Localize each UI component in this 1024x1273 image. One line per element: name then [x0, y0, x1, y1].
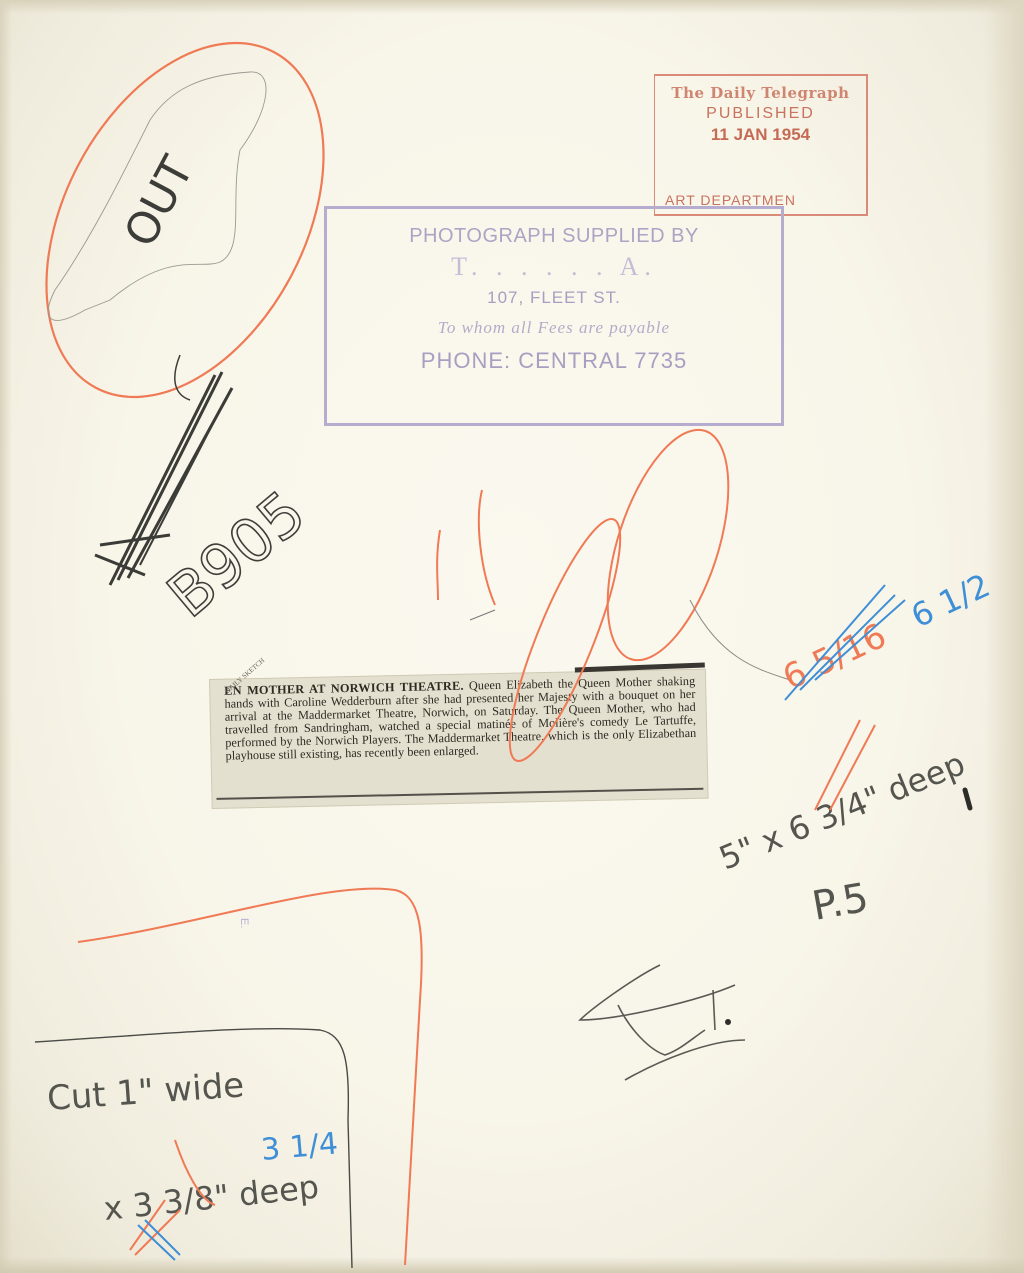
- size-pencil-note: 5" x 6 3/4" deep: [714, 744, 970, 877]
- supplier-heading: PHOTOGRAPH SUPPLIED BY: [327, 225, 781, 248]
- initials-signature: [580, 965, 745, 1080]
- red-crop-corner: [78, 889, 422, 1265]
- stamp-masthead: The Daily Telegraph: [655, 84, 866, 102]
- supplier-fees-note: To whom all Fees are payable: [327, 318, 781, 338]
- crop-blue-size: 3 1/4: [260, 1126, 340, 1168]
- supplier-address: 107, FLEET ST.: [327, 288, 781, 308]
- paper-edge-right: [984, 0, 1024, 1273]
- photograph-supplier-stamp: PHOTOGRAPH SUPPLIED BY T. . . . . . A. 1…: [324, 206, 784, 426]
- size-top-red: 6 5/16: [777, 616, 893, 698]
- reference-number: B905: [155, 478, 319, 632]
- stamp-date: 11 JAN 1954: [655, 125, 866, 145]
- crop-note: Cut 1" wide: [46, 1065, 246, 1119]
- size-top-blue: 6 1/2: [905, 566, 995, 635]
- pencil-page-note: P.5: [809, 875, 872, 930]
- supplier-phone: PHONE: CENTRAL 7735: [327, 348, 781, 374]
- scribbled-out-number: [95, 355, 232, 585]
- handwritten-annotations: OUT B905 6 5/16 6 1/2 5" x 6 3/4" deep P…: [0, 0, 1024, 1273]
- supplier-name: T. . . . . . A.: [327, 252, 781, 282]
- newspaper-clipping: DAILY SKETCH EN MOTHER AT NORWICH THEATR…: [210, 670, 708, 808]
- crop-size-note: x 3 3/8" deep: [102, 1168, 321, 1228]
- paper-edge-left: [0, 0, 12, 1273]
- photo-back-page: The Daily Telegraph PUBLISHED 11 JAN 195…: [0, 0, 1024, 1273]
- stamp-status: PUBLISHED: [655, 105, 866, 123]
- paper-edge-bottom: [0, 1257, 1024, 1273]
- telegraph-published-stamp: The Daily Telegraph PUBLISHED 11 JAN 195…: [654, 74, 868, 216]
- faint-stamp-mark: E.: [238, 918, 250, 928]
- pencil-outline-shape: [48, 72, 266, 320]
- paper-edge-top: [0, 0, 1024, 14]
- red-mark-2: [479, 490, 495, 605]
- pencil-crop-corner: [35, 1029, 352, 1268]
- red-loop-large: [583, 415, 752, 674]
- size-red-strike: [815, 720, 875, 810]
- out-mark: OUT: [115, 148, 204, 255]
- red-mark-1: [437, 530, 440, 600]
